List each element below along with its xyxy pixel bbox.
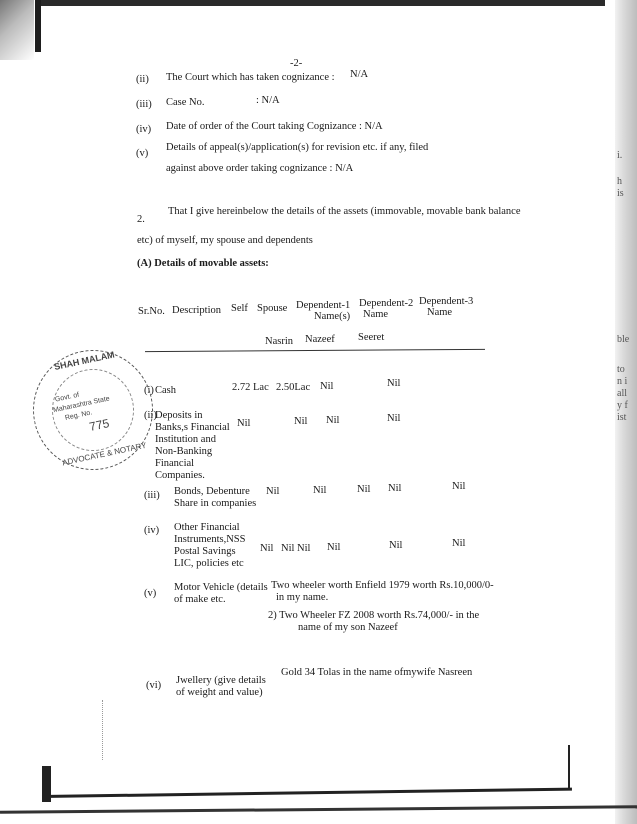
item-num: (iv)	[136, 124, 151, 135]
para-line-2: etc) of myself, my spouse and dependents	[137, 235, 313, 246]
page-border-bottom	[42, 788, 572, 798]
item-num: (iii)	[136, 99, 152, 110]
item-continuation: against above order taking cognizance : …	[166, 163, 353, 174]
header-dep3-sub: Name	[427, 307, 452, 318]
para-line-1: That I give hereinbelow the details of t…	[168, 206, 521, 217]
item-value: : N/A	[256, 95, 280, 106]
scan-shadow	[0, 0, 34, 60]
header-spouse: Spouse	[257, 303, 287, 314]
item-value: N/A	[350, 69, 368, 80]
para-num: 2.	[137, 214, 145, 225]
name-dep2: Seeret	[358, 332, 384, 343]
header-dep1-sub: Name(s)	[314, 311, 350, 322]
scan-bottom-edge	[0, 805, 637, 814]
page-number: -2-	[290, 58, 302, 69]
page-border-corner	[35, 0, 41, 52]
name-spouse: Nasrin	[265, 336, 293, 347]
item-label: Details of appeal(s)/application(s) for …	[166, 142, 428, 153]
header-self: Self	[231, 303, 248, 314]
page-border-top	[35, 0, 605, 6]
adjacent-page-edge: i. h is ble to n i all y f ist	[615, 0, 637, 824]
page-border-bottom-right	[568, 745, 570, 790]
item-label: Date of order of the Court taking Cogniz…	[166, 121, 383, 132]
header-description: Description	[172, 305, 221, 316]
header-srno: Sr.No.	[138, 306, 165, 317]
item-label: The Court which has taken cognizance :	[166, 72, 335, 83]
item-num: (v)	[136, 148, 148, 159]
header-dep2: Dependent-2	[359, 298, 413, 309]
header-dep3: Dependent-3	[419, 296, 473, 307]
name-dep1: Nazeef	[305, 334, 335, 345]
notary-stamp: SHAH MALAM Govt. of Maharashtra State Re…	[22, 339, 164, 481]
section-heading: (A) Details of movable assets:	[137, 258, 269, 269]
item-label: Case No.	[166, 97, 205, 108]
scan-mark	[102, 700, 104, 760]
item-num: (ii)	[136, 74, 149, 85]
table-header-rule	[145, 349, 485, 352]
header-dep2-sub: Name	[363, 309, 388, 320]
header-dep1: Dependent-1	[296, 300, 350, 311]
